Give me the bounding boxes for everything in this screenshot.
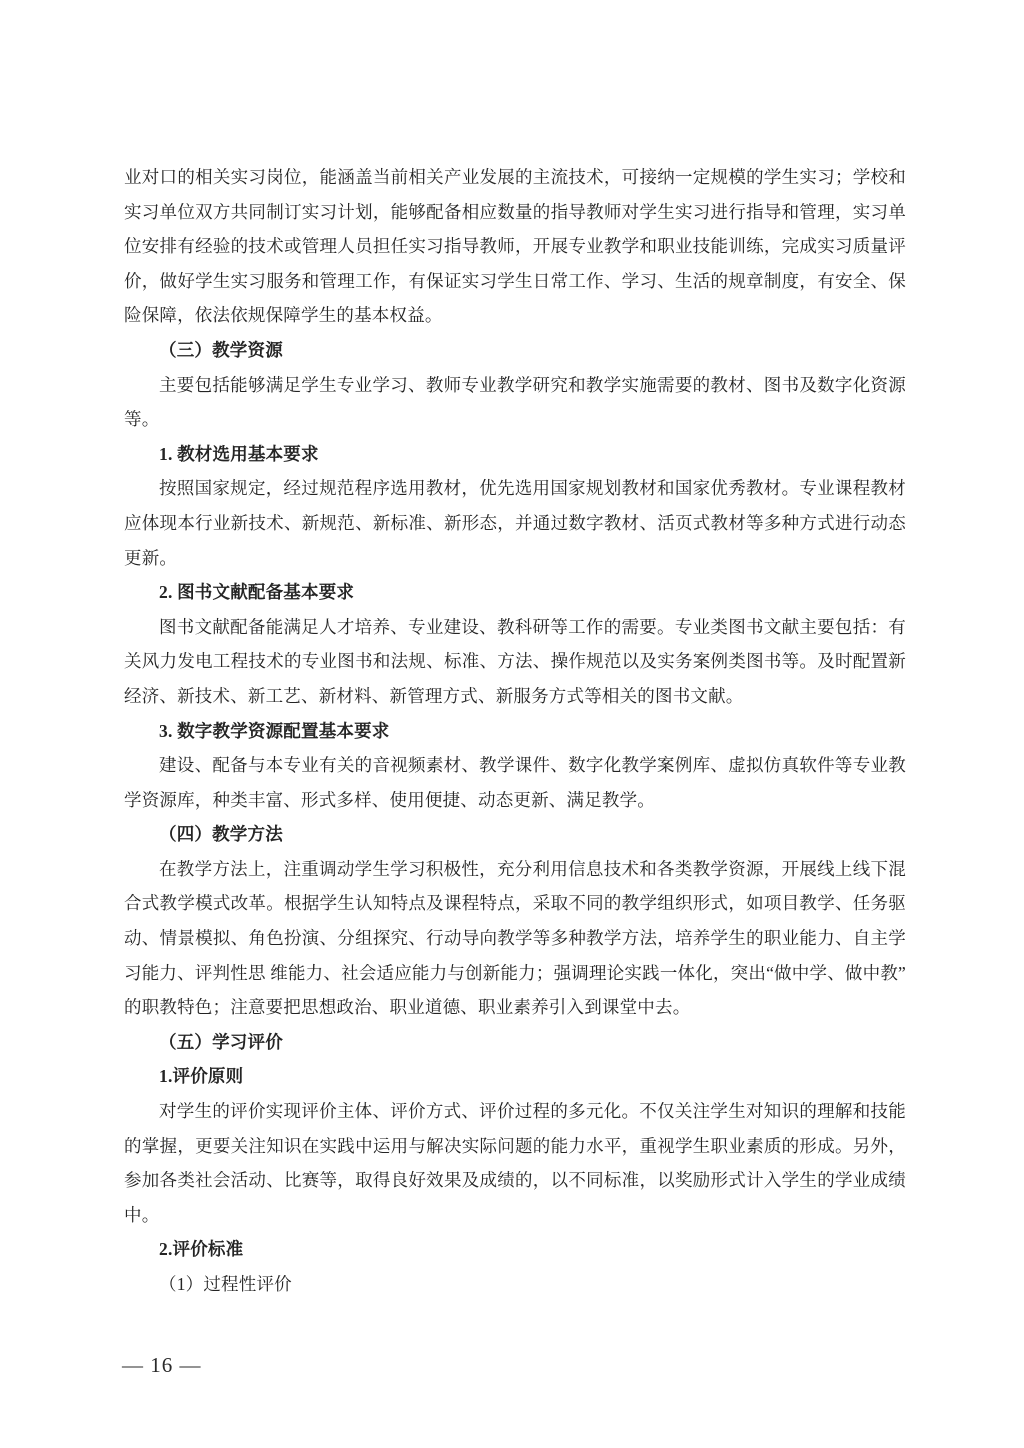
document-body: 业对口的相关实习岗位，能涵盖当前相关产业发展的主流技术，可接纳一定规模的学生实习…: [124, 160, 906, 1302]
page-number: — 16 —: [122, 1350, 202, 1380]
document-page: 业对口的相关实习岗位，能涵盖当前相关产业发展的主流技术，可接纳一定规模的学生实习…: [0, 0, 1024, 1448]
paragraph-library-literature: 图书文献配备能满足人才培养、专业建设、教科研等工作的需要。专业类图书文献主要包括…: [124, 610, 906, 714]
paragraph-process-evaluation: （1）过程性评价: [124, 1267, 906, 1302]
paragraph-teaching-resources-intro: 主要包括能够满足学生专业学习、教师专业教学研究和教学实施需要的教材、图书及数字化…: [124, 368, 906, 437]
paragraph-teaching-methods: 在教学方法上，注重调动学生学习积极性，充分利用信息技术和各类教学资源，开展线上线…: [124, 852, 906, 1025]
paragraph-textbook-selection: 按照国家规定，经过规范程序选用教材，优先选用国家规划教材和国家优秀教材。专业课程…: [124, 471, 906, 575]
heading-teaching-methods: （四）教学方法: [124, 817, 906, 852]
heading-learning-evaluation: （五）学习评价: [124, 1025, 906, 1060]
heading-digital-resources: 3. 数字教学资源配置基本要求: [124, 714, 906, 749]
heading-evaluation-standards: 2.评价标准: [124, 1232, 906, 1267]
paragraph-digital-resources: 建设、配备与本专业有关的音视频素材、教学课件、数字化教学案例库、虚拟仿真软件等专…: [124, 748, 906, 817]
heading-library-literature: 2. 图书文献配备基本要求: [124, 575, 906, 610]
heading-evaluation-principles: 1.评价原则: [124, 1059, 906, 1094]
heading-textbook-selection: 1. 教材选用基本要求: [124, 437, 906, 472]
heading-teaching-resources: （三）教学资源: [124, 333, 906, 368]
paragraph-evaluation-principles: 对学生的评价实现评价主体、评价方式、评价过程的多元化。不仅关注学生对知识的理解和…: [124, 1094, 906, 1232]
paragraph-internship-requirements: 业对口的相关实习岗位，能涵盖当前相关产业发展的主流技术，可接纳一定规模的学生实习…: [124, 160, 906, 333]
